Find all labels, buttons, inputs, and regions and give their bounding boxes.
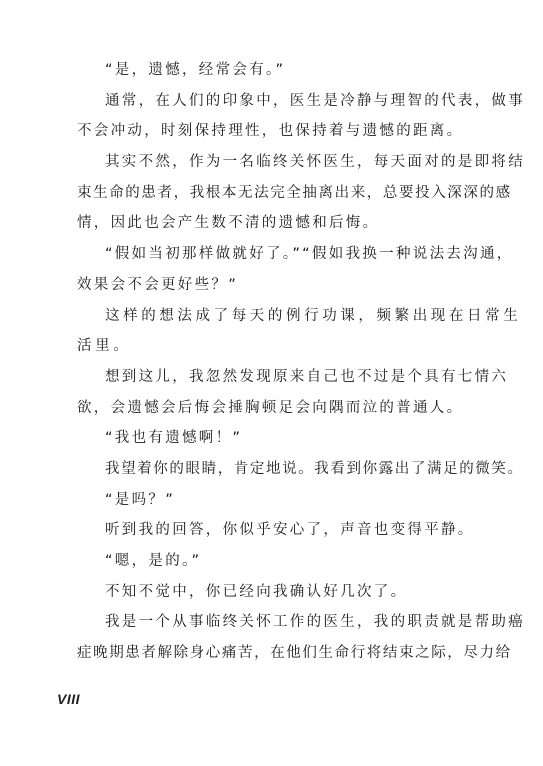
- text-line: 不知不觉中，你已经向我确认好几次了。: [77, 577, 459, 608]
- text-line: 效果会不会更好些？”: [77, 270, 459, 301]
- text-line: 症晚期患者解除身心痛苦，在他们生命行将结束之际，尽力给: [77, 638, 459, 669]
- text-line: 束生命的患者，我根本无法完全抽离出来，总要投入深深的感: [77, 178, 459, 209]
- text-line: 听到我的回答，你似乎安心了，声音也变得平静。: [77, 515, 459, 546]
- text-line: 通常，在人们的印象中，医生是冷静与理智的代表，做事: [77, 86, 459, 117]
- text-line: 我是一个从事临终关怀工作的医生，我的职责就是帮助癌: [77, 607, 459, 638]
- book-page: “是，遗憾，经常会有。” 通常，在人们的印象中，医生是冷静与理智的代表，做事 不…: [0, 0, 543, 766]
- text-line: 我望着你的眼睛，肯定地说。我看到你露出了满足的微笑。: [77, 454, 459, 485]
- page-number: VIII: [57, 691, 80, 707]
- text-line: 情，因此也会产生数不清的遗憾和后悔。: [77, 208, 459, 239]
- text-line: 不会冲动，时刻保持理性，也保持着与遗憾的距离。: [77, 116, 459, 147]
- text-line: 其实不然，作为一名临终关怀医生，每天面对的是即将结: [77, 147, 459, 178]
- text-line: “嗯，是的。”: [77, 546, 459, 577]
- text-line: “是吗？”: [77, 485, 459, 516]
- body-text: “是，遗憾，经常会有。” 通常，在人们的印象中，医生是冷静与理智的代表，做事 不…: [77, 55, 459, 669]
- text-line: 活里。: [77, 331, 459, 362]
- text-line: “假如当初那样做就好了。”“假如我换一种说法去沟通，: [77, 239, 459, 270]
- text-line: 欲，会遗憾会后悔会捶胸顿足会向隅而泣的普通人。: [77, 393, 459, 424]
- text-line: 这样的想法成了每天的例行功课，频繁出现在日常生: [77, 301, 459, 332]
- text-line: “我也有遗憾啊！”: [77, 423, 459, 454]
- text-line: “是，遗憾，经常会有。”: [77, 55, 459, 86]
- text-line: 想到这儿，我忽然发现原来自己也不过是个具有七情六: [77, 362, 459, 393]
